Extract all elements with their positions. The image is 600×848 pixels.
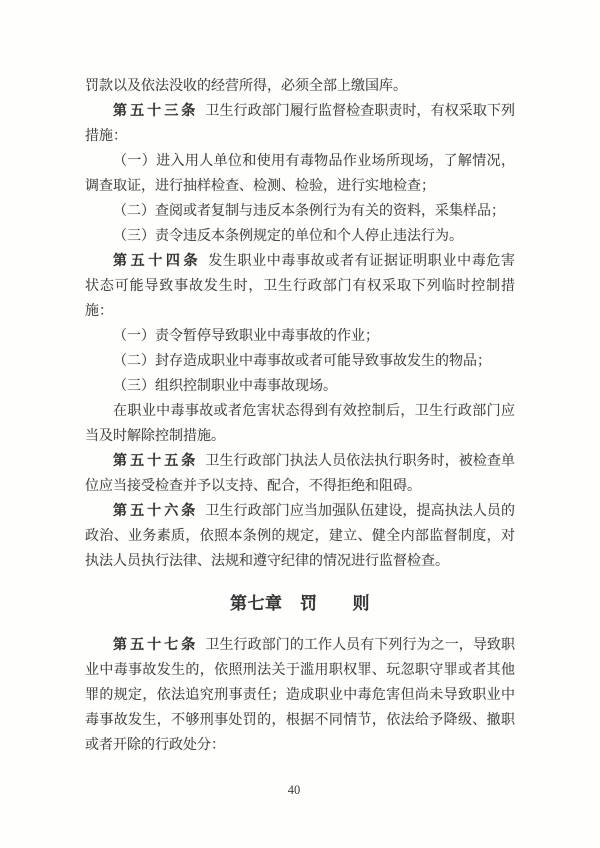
text-line: 第五十三条卫生行政部门履行监督检查职责时，有权采取下列 xyxy=(85,99,515,124)
document-page: 罚款以及依法没收的经营所得，必须全部上缴国库。第五十三条卫生行政部门履行监督检查… xyxy=(0,0,600,848)
text-line: 第五十五条卫生行政部门执法人员依法执行职务时，被检查单 xyxy=(85,449,515,474)
text-line: （三）责令违反本条例规定的单位和个人停止违法行为。 xyxy=(85,224,515,249)
text-line: 施： xyxy=(85,299,515,324)
article-number: 第五十七条 xyxy=(113,638,198,653)
text-line: （一）责令暂停导致职业中毒事故的作业； xyxy=(85,324,515,349)
text-line: 当及时解除控制措施。 xyxy=(85,424,515,449)
text-line: 调查取证，进行抽样检查、检测、检验，进行实地检查； xyxy=(85,174,515,199)
text-line: 罪的规定，依法追究刑事责任；造成职业中毒危害但尚未导致职业中 xyxy=(85,683,515,708)
article-number: 第五十五条 xyxy=(113,454,198,469)
chapter-heading: 第七章 罚 则 xyxy=(85,591,515,616)
text-line: 政治、业务素质，依照本条例的规定，建立、健全内部监督制度，对 xyxy=(85,524,515,549)
page-number: 40 xyxy=(0,782,588,798)
paragraph: 第五十七条卫生行政部门的工作人员有下列行为之一，导致职业中毒事故发生的，依照刑法… xyxy=(85,633,515,758)
text-line: 在职业中毒事故或者危害状态得到有效控制后，卫生行政部门应 xyxy=(85,399,515,424)
paragraph: （二）查阅或者复制与违反本条例行为有关的资料，采集样品； xyxy=(85,199,515,224)
text-line: 第五十六条卫生行政部门应当加强队伍建设，提高执法人员的 xyxy=(85,499,515,524)
text-line: （一）进入用人单位和使用有毒物品作业场所现场，了解情况， xyxy=(85,149,515,174)
paragraph: 罚款以及依法没收的经营所得，必须全部上缴国库。 xyxy=(85,74,515,99)
document-body: 罚款以及依法没收的经营所得，必须全部上缴国库。第五十三条卫生行政部门履行监督检查… xyxy=(85,74,515,758)
text-line: 位应当接受检查并予以支持、配合，不得拒绝和阻碍。 xyxy=(85,474,515,499)
text-line: （二）查阅或者复制与违反本条例行为有关的资料，采集样品； xyxy=(85,199,515,224)
text-line: 措施： xyxy=(85,124,515,149)
paragraph: （三）组织控制职业中毒事故现场。 xyxy=(85,374,515,399)
paragraph: 第五十六条卫生行政部门应当加强队伍建设，提高执法人员的政治、业务素质，依照本条例… xyxy=(85,499,515,574)
paragraph: 第五十三条卫生行政部门履行监督检查职责时，有权采取下列措施： xyxy=(85,99,515,149)
article-number: 第五十三条 xyxy=(113,104,198,119)
article-number: 第五十六条 xyxy=(113,504,198,519)
paragraph: 第五十五条卫生行政部门执法人员依法执行职务时，被检查单位应当接受检查并予以支持、… xyxy=(85,449,515,499)
text-line: 毒事故发生，不够刑事处罚的，根据不同情节，依法给予降级、撤职 xyxy=(85,708,515,733)
text-line: 业中毒事故发生的，依照刑法关于滥用职权罪、玩忽职守罪或者其他 xyxy=(85,658,515,683)
paragraph: 在职业中毒事故或者危害状态得到有效控制后，卫生行政部门应当及时解除控制措施。 xyxy=(85,399,515,449)
text-line: 第五十四条发生职业中毒事故或者有证据证明职业中毒危害 xyxy=(85,249,515,274)
text-line: （二）封存造成职业中毒事故或者可能导致事故发生的物品； xyxy=(85,349,515,374)
paragraph: （三）责令违反本条例规定的单位和个人停止违法行为。 xyxy=(85,224,515,249)
paragraph: 第五十四条发生职业中毒事故或者有证据证明职业中毒危害状态可能导致事故发生时，卫生… xyxy=(85,249,515,324)
text-line: 罚款以及依法没收的经营所得，必须全部上缴国库。 xyxy=(85,74,515,99)
text-line: 执法人员执行法律、法规和遵守纪律的情况进行监督检查。 xyxy=(85,549,515,574)
article-number: 第五十四条 xyxy=(113,254,201,269)
text-line: 或者开除的行政处分： xyxy=(85,733,515,758)
text-line: 状态可能导致事故发生时，卫生行政部门有权采取下列临时控制措 xyxy=(85,274,515,299)
text-line: （三）组织控制职业中毒事故现场。 xyxy=(85,374,515,399)
paragraph: （二）封存造成职业中毒事故或者可能导致事故发生的物品； xyxy=(85,349,515,374)
text-line: 第五十七条卫生行政部门的工作人员有下列行为之一，导致职 xyxy=(85,633,515,658)
paragraph: （一）责令暂停导致职业中毒事故的作业； xyxy=(85,324,515,349)
paragraph: （一）进入用人单位和使用有毒物品作业场所现场，了解情况，调查取证，进行抽样检查、… xyxy=(85,149,515,199)
